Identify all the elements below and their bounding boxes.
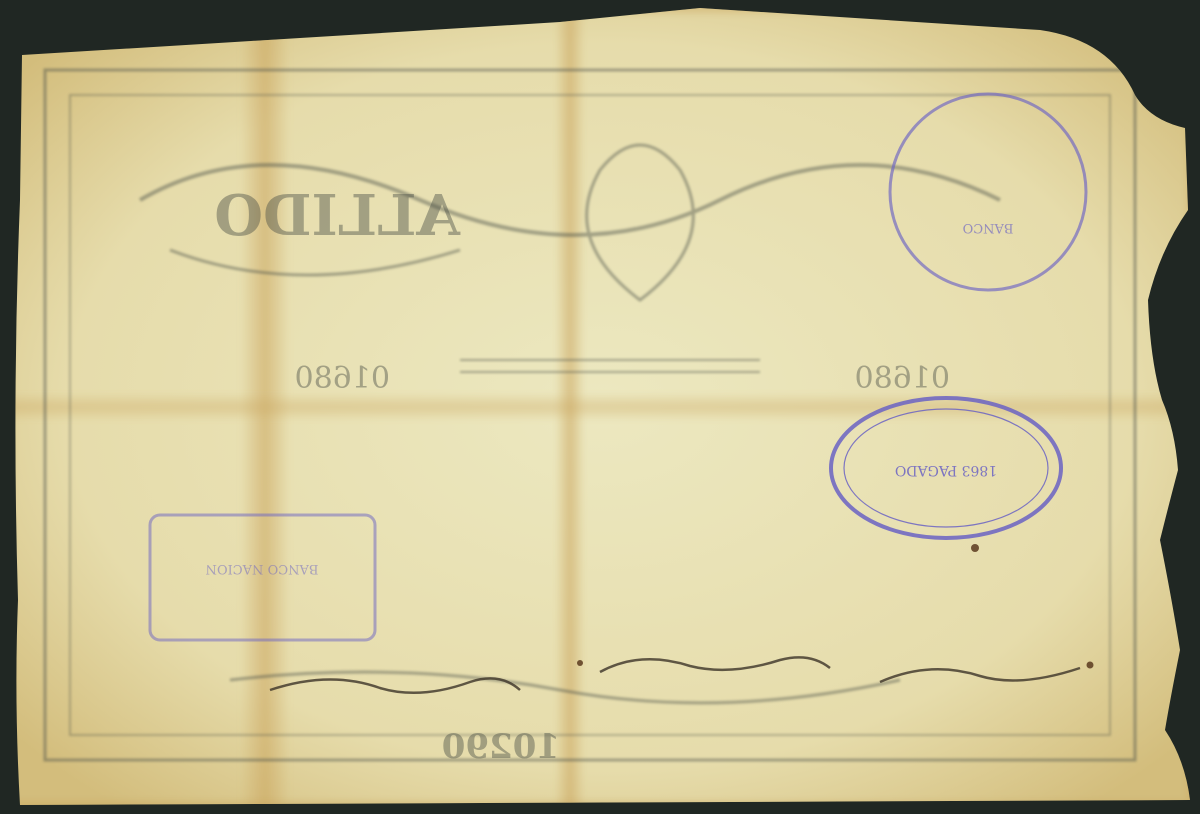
fold-horizontal xyxy=(0,392,1200,422)
svg-text:01680: 01680 xyxy=(295,361,390,396)
svg-text:1863 PAGADO: 1863 PAGADO xyxy=(895,462,997,478)
svg-text:BANCO: BANCO xyxy=(963,220,1014,235)
svg-text:BANCO NACION: BANCO NACION xyxy=(206,561,319,576)
banknote-photo: ALLIDO 01680 01680 10290 BANCO 1863 PAGA… xyxy=(0,0,1200,814)
svg-text:ALLIDO: ALLIDO xyxy=(214,183,461,249)
svg-text:01680: 01680 xyxy=(855,361,950,396)
svg-text:10290: 10290 xyxy=(442,727,560,767)
photo-stage: ALLIDO 01680 01680 10290 BANCO 1863 PAGA… xyxy=(0,0,1200,814)
